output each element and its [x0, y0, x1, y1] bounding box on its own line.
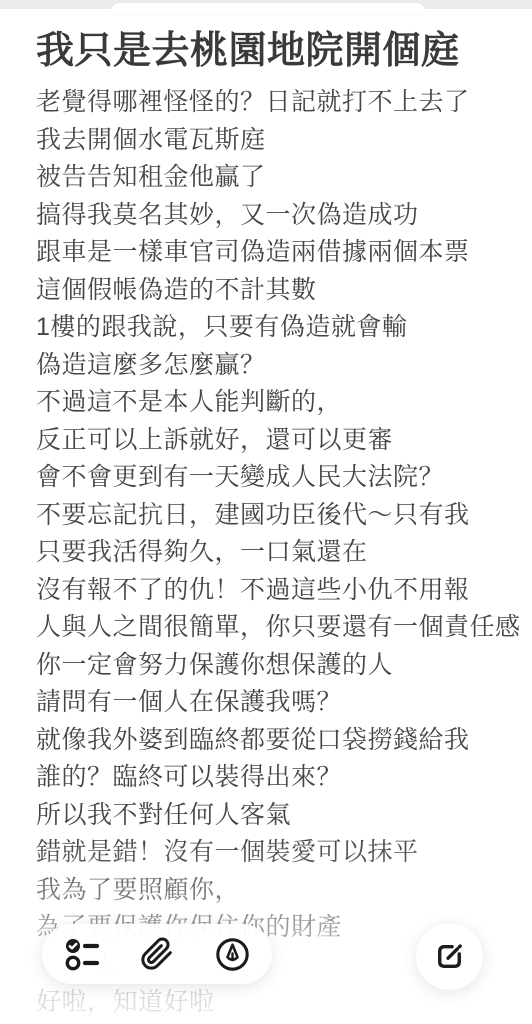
note-line: 我為了要照顧你， [36, 872, 532, 910]
compose-icon [431, 938, 468, 975]
note-title: 我只是去桃園地院開個庭 [0, 9, 532, 84]
note-line: 錯就是錯！沒有一個裝愛可以抹平 [36, 834, 532, 872]
note-line: 所以我不對任何人客氣 [36, 797, 532, 835]
compose-button[interactable] [416, 923, 483, 990]
top-edge-artifact [0, 0, 532, 9]
note-line: 好啦，知道好啦 [36, 984, 532, 1022]
note-lines: 老覺得哪裡怪怪的？日記就打不上去了我去開個水電瓦斯庭被告告知租金他贏了搞得我莫名… [0, 84, 532, 1022]
attachment-button[interactable] [138, 935, 176, 973]
note-line: 請問有一個人在保護我嗎？ [36, 684, 532, 722]
note-line: 這個假帳偽造的不計其數 [36, 272, 532, 310]
paperclip-icon [140, 937, 174, 971]
note-editor[interactable]: 我只是去桃園地院開個庭 老覺得哪裡怪怪的？日記就打不上去了我去開個水電瓦斯庭被告… [0, 9, 532, 1022]
notes-app-screen: 我只是去桃園地院開個庭 老覺得哪裡怪怪的？日記就打不上去了我去開個水電瓦斯庭被告… [0, 0, 532, 1024]
note-line: 只要我活得夠久，一口氣還在 [36, 534, 532, 572]
note-line: 誰的？臨終可以裝得出來？ [36, 759, 532, 797]
note-line: 跟車是一樣車官司偽造兩借據兩個本票 [36, 234, 532, 272]
checklist-icon [64, 936, 100, 972]
note-line: 反正可以上訴就好，還可以更審 [36, 422, 532, 460]
note-line: 搞得我莫名其妙，又一次偽造成功 [36, 197, 532, 235]
note-line: 人與人之間很簡單，你只要還有一個責任感 [36, 609, 532, 647]
note-line: 你一定會努力保護你想保護的人 [36, 647, 532, 685]
note-line: 老覺得哪裡怪怪的？日記就打不上去了 [36, 84, 532, 122]
note-line: 被告告知租金他贏了 [36, 159, 532, 197]
note-line: 沒有報不了的仇！不過這些小仇不用報 [36, 572, 532, 610]
note-line: 1樓的跟我說，只要有偽造就會輸 [36, 309, 532, 347]
note-line: 不過這不是本人能判斷的， [36, 384, 532, 422]
note-line: 會不會更到有一天變成人民大法院？ [36, 459, 532, 497]
note-line: 不要忘記抗日，建國功臣後代～只有我 [36, 497, 532, 535]
note-line: 偽造這麼多怎麼贏？ [36, 347, 532, 385]
checklist-button[interactable] [63, 935, 101, 973]
markup-pen-icon [214, 936, 251, 973]
note-line: 我去開個水電瓦斯庭 [36, 122, 532, 160]
markup-button[interactable] [213, 935, 251, 973]
note-line: 就像我外婆到臨終都要從口袋撈錢給我 [36, 722, 532, 760]
bottom-toolbar [42, 924, 272, 984]
